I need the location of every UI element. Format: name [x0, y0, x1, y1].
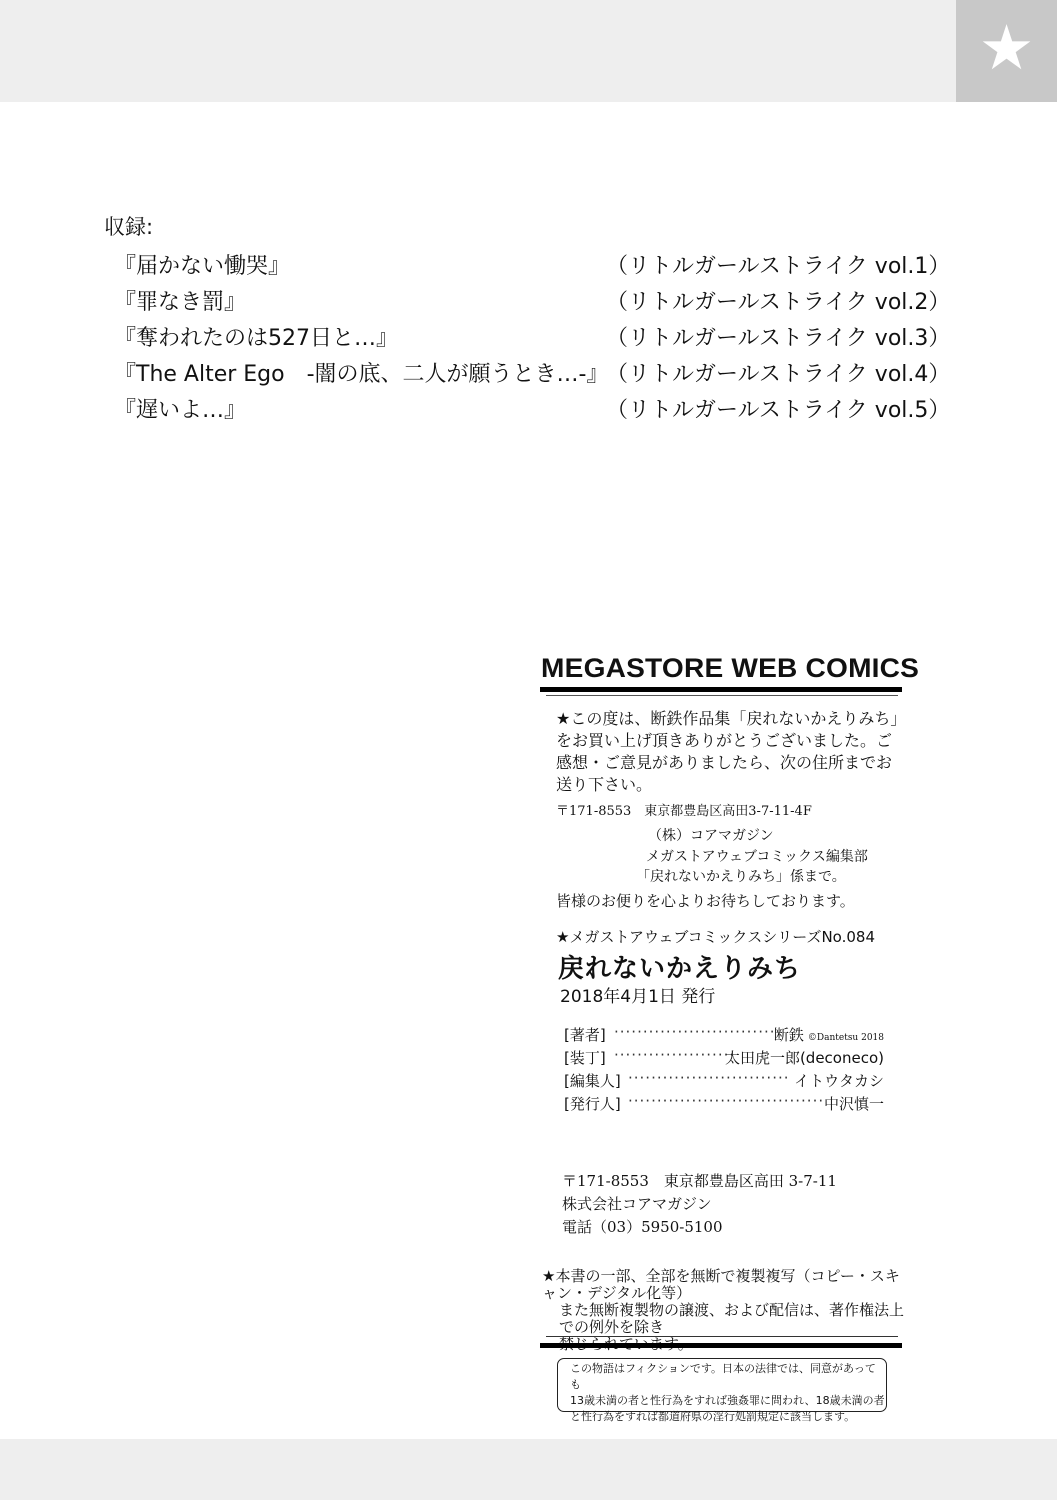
divider-thick — [540, 687, 902, 692]
publish-date: 2018年4月1日 発行 — [560, 982, 715, 1007]
bottom-band — [0, 1439, 1057, 1500]
brand-title: MEGASTORE WEB COMICS — [540, 650, 925, 686]
divider-thin — [546, 1336, 898, 1337]
address-line-3: メガストアウェブコミックス編集部 — [646, 846, 868, 866]
star-badge: ★ — [956, 0, 1057, 102]
credit-row: [発行人] ··································… — [564, 1093, 884, 1116]
contents-heading: 収録: — [104, 212, 944, 242]
story-title: 『届かない慟哭』 — [114, 249, 290, 285]
credits-list: [著者] ································ 断鉄… — [564, 1024, 884, 1116]
copyright-warning: ★本書の一部、全部を無断で複製複写（コピー・スキャン・デジタル化等） また無断複… — [542, 1268, 912, 1353]
divider-thin — [546, 695, 898, 696]
story-title: 『奪われたのは527日と…』 — [114, 321, 398, 357]
credit-role: [発行人] — [564, 1093, 621, 1116]
divider-thick — [540, 1343, 902, 1348]
story-source: （リトルガールストライク vol.5） — [606, 393, 950, 429]
story-source: （リトルガールストライク vol.2） — [606, 285, 950, 321]
story-title: 『The Alter Ego -闇の底、二人が願うとき…-』 — [114, 357, 608, 393]
leader-dots: ································ — [628, 1067, 788, 1090]
address-line-2: （株）コアマガジン — [648, 825, 774, 845]
publisher-phone: 電話（03）5950-5100 — [562, 1216, 837, 1239]
leader-dots: ································ — [614, 1021, 774, 1044]
publisher-info: 〒171-8553 東京都豊島区高田 3-7-11 株式会社コアマガジン 電話（… — [562, 1170, 837, 1239]
story-source: （リトルガールストライク vol.4） — [606, 357, 950, 393]
address-line-1: 〒171-8553 東京都豊島区高田3-7-11-4F — [556, 802, 812, 822]
credit-role: [装丁] — [564, 1047, 606, 1070]
story-source: （リトルガールストライク vol.3） — [606, 321, 950, 357]
series-label: ★メガストアウェブコミックスシリーズNo.084 — [556, 926, 875, 947]
story-title: 『罪なき罰』 — [114, 285, 246, 321]
list-item: 『奪われたのは527日と…』 （リトルガールストライク vol.3） — [104, 321, 944, 357]
list-item: 『罪なき罰』 （リトルガールストライク vol.2） — [104, 285, 944, 321]
leader-dots: ································ — [614, 1044, 734, 1067]
list-item: 『遅いよ…』 （リトルガールストライク vol.5） — [104, 393, 944, 429]
top-band — [0, 0, 1057, 102]
credit-name: 中沢慎一 — [824, 1093, 884, 1116]
contents-list: 収録: 『届かない慟哭』 （リトルガールストライク vol.1） 『罪なき罰』 … — [104, 212, 944, 429]
star-icon: ★ — [979, 17, 1035, 79]
book-title: 戻れないかえりみち — [558, 948, 801, 985]
credit-role: [編集人] — [564, 1070, 621, 1093]
publisher-company: 株式会社コアマガジン — [562, 1193, 837, 1216]
list-item: 『The Alter Ego -闇の底、二人が願うとき…-』 （リトルガールスト… — [104, 357, 944, 393]
story-title: 『遅いよ…』 — [114, 393, 246, 429]
fiction-notice: この物語はフィクションです。日本の法律では、同意があっても 13歳未満の者と性行… — [557, 1358, 887, 1412]
credit-role: [著者] — [564, 1024, 606, 1047]
address-line-4: 「戻れないかえりみち」係まで。 — [636, 866, 846, 886]
closing-note: 皆様のお便りを心よりお待ちしております。 — [556, 890, 855, 911]
publisher-postal: 〒171-8553 東京都豊島区高田 3-7-11 — [562, 1170, 837, 1193]
colophon: MEGASTORE WEB COMICS ★この度は、断鉄作品集「戻れないかえり… — [540, 650, 910, 686]
leader-dots: ········································ — [628, 1090, 824, 1113]
thank-you-message: ★この度は、断鉄作品集「戻れないかえりみち」をお買い上げ頂きありがとうございまし… — [556, 708, 906, 796]
list-item: 『届かない慟哭』 （リトルガールストライク vol.1） — [104, 249, 944, 285]
story-source: （リトルガールストライク vol.1） — [606, 249, 950, 285]
